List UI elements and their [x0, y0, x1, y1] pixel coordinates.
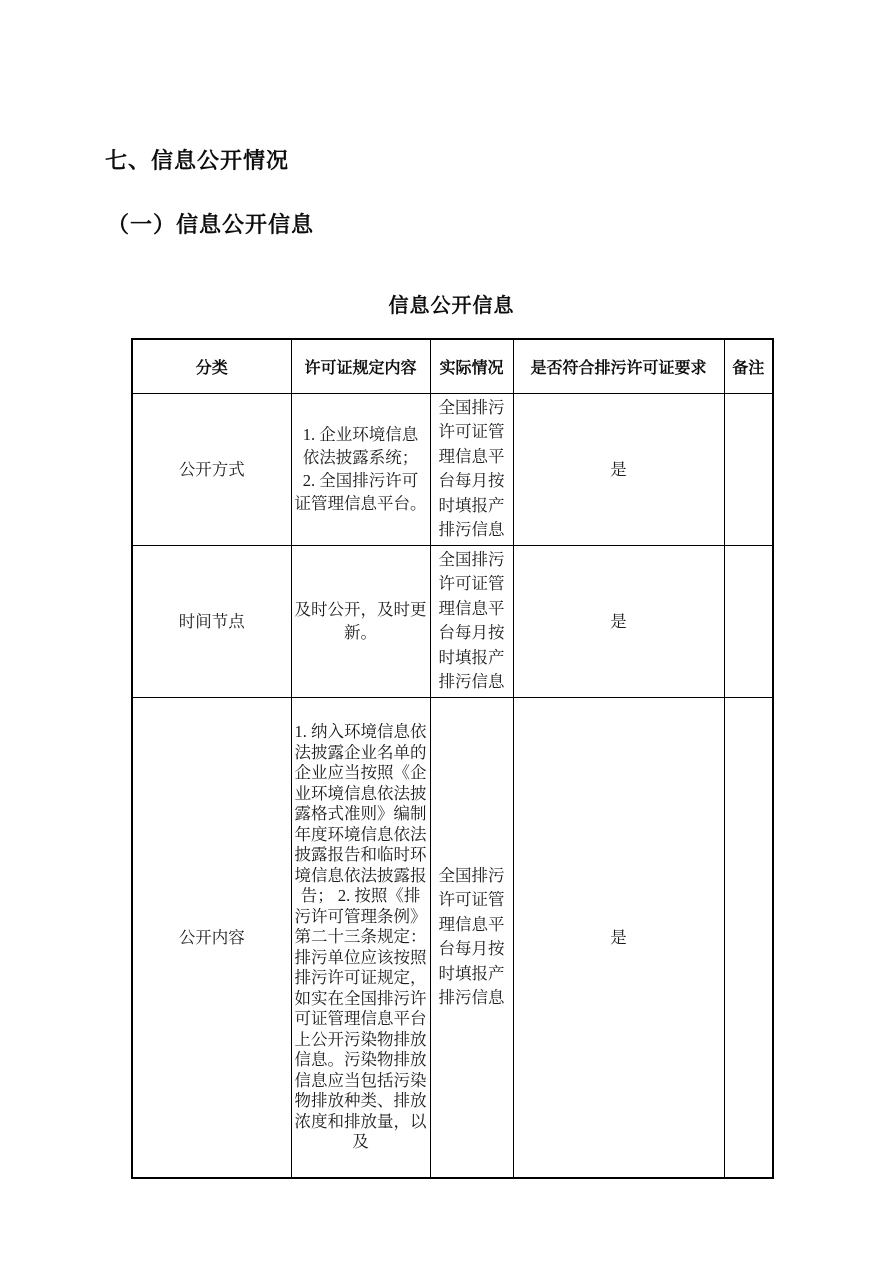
column-header-actual-situation: 实际情况: [430, 339, 513, 393]
permit-requirement-cell: 1. 纳入环境信息依法披露企业名单的企业应当按照《企业环境信息依法披露格式准则》…: [291, 697, 430, 1178]
table-header-row: 分类 许可证规定内容 实际情况 是否符合排污许可证要求 备注: [132, 339, 773, 393]
category-cell: 公开方式: [132, 393, 291, 545]
category-cell: 公开内容: [132, 697, 291, 1178]
column-header-remark: 备注: [724, 339, 773, 393]
actual-situation-cell: 全国排污许可证管理信息平台每月按时填报产排污信息: [430, 697, 513, 1178]
compliance-cell: 是: [513, 697, 724, 1178]
info-disclosure-table: 分类 许可证规定内容 实际情况 是否符合排污许可证要求 备注 公开方式 1. 企…: [131, 338, 774, 1179]
table-row: 公开内容 1. 纳入环境信息依法披露企业名单的企业应当按照《企业环境信息依法披露…: [132, 697, 773, 1178]
remark-cell: [724, 393, 773, 545]
permit-requirement-cell: 及时公开，及时更新。: [291, 545, 430, 697]
actual-situation-cell: 全国排污许可证管理信息平台每月按时填报产排污信息: [430, 545, 513, 697]
remark-cell: [724, 545, 773, 697]
category-cell: 时间节点: [132, 545, 291, 697]
compliance-cell: 是: [513, 545, 724, 697]
table-row: 公开方式 1. 企业环境信息 依法披露系统； 2. 全国排污许可 证管理信息平台…: [132, 393, 773, 545]
column-header-category: 分类: [132, 339, 291, 393]
table-title: 信息公开信息: [131, 289, 772, 318]
permit-requirement-cell: 1. 企业环境信息 依法披露系统； 2. 全国排污许可 证管理信息平台。: [291, 393, 430, 545]
remark-cell: [724, 697, 773, 1178]
column-header-permit-requirement: 许可证规定内容: [291, 339, 430, 393]
table-row: 时间节点 及时公开，及时更新。 全国排污许可证管理信息平台每月按时填报产排污信息…: [132, 545, 773, 697]
section-heading: 七、信息公开情况: [105, 144, 289, 175]
actual-situation-cell: 全国排污许可证管理信息平台每月按时填报产排污信息: [430, 393, 513, 545]
document-page: 七、信息公开情况 （一）信息公开信息 信息公开信息 分类 许可证规定内容 实际情…: [0, 0, 893, 1262]
compliance-cell: 是: [513, 393, 724, 545]
subsection-heading: （一）信息公开信息: [107, 208, 314, 239]
column-header-compliance: 是否符合排污许可证要求: [513, 339, 724, 393]
